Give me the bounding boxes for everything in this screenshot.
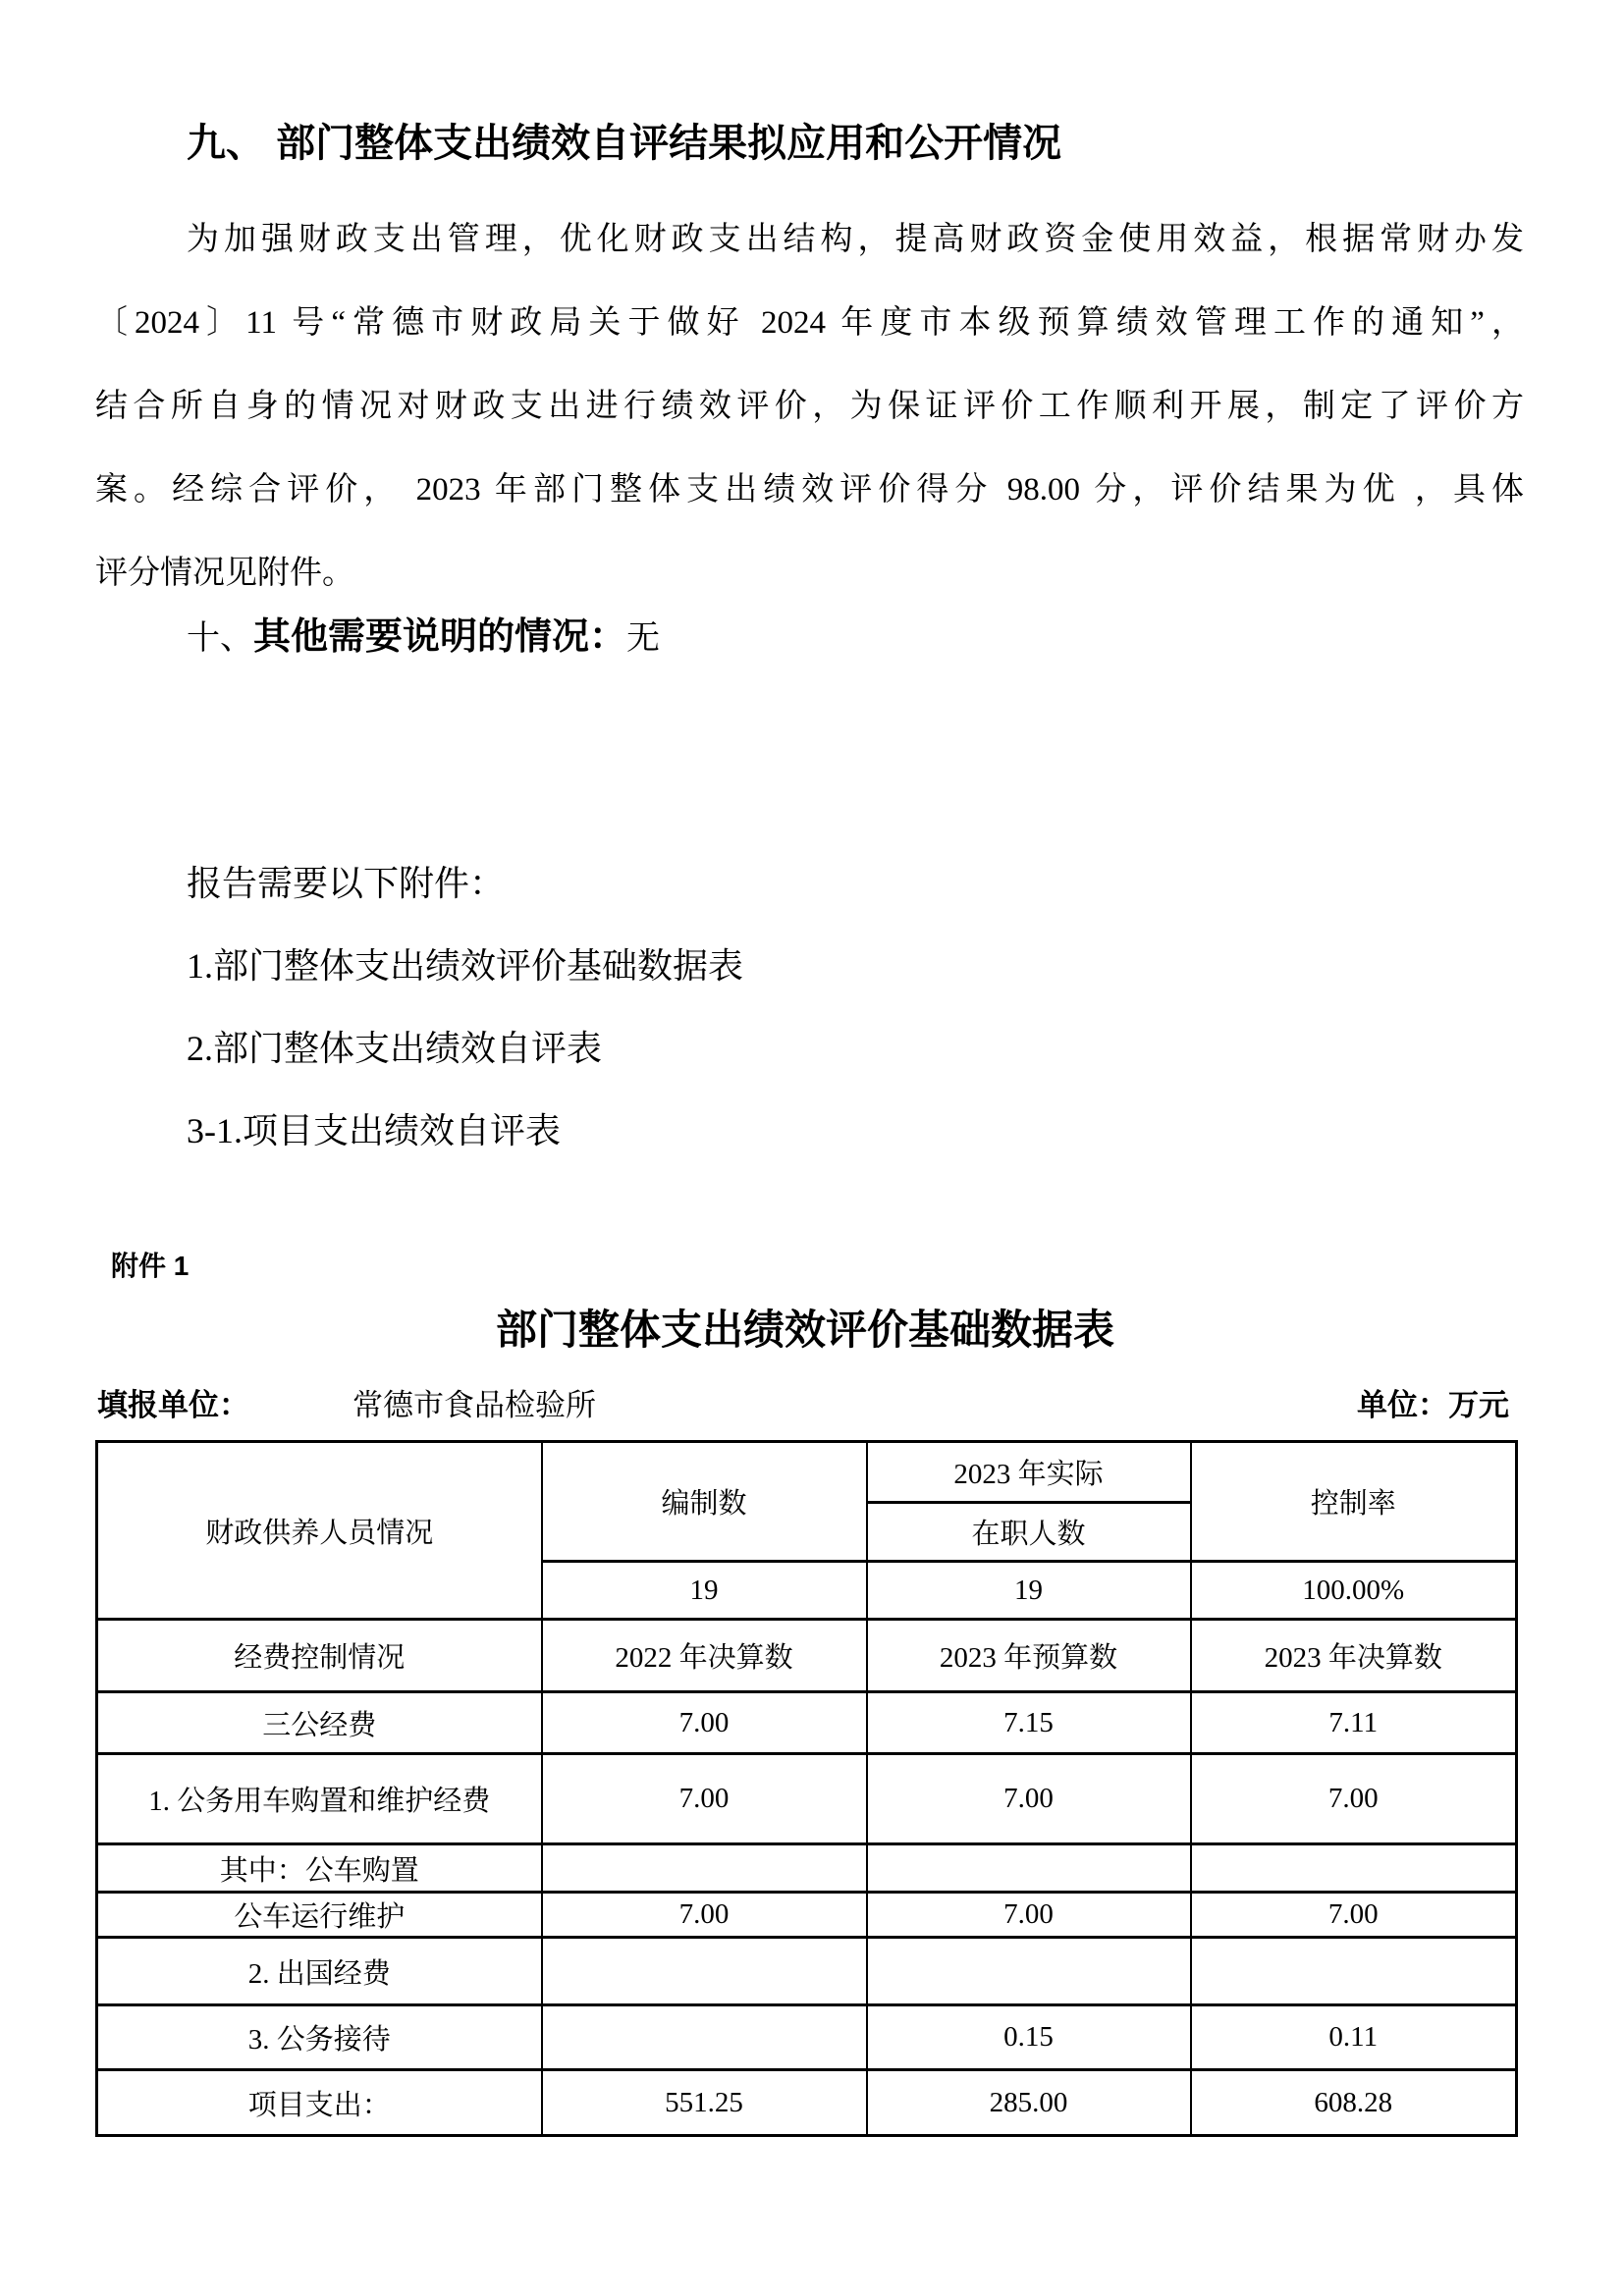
section-10-heading: 其他需要说明的情况： (253, 616, 626, 658)
value-cell: 285.00 (867, 2070, 1191, 2136)
section-10-prefix: 十、 (187, 620, 253, 657)
value-cell: 7.00 (867, 1893, 1191, 1938)
reporting-unit: 填报单位：常德市食品检验所 (97, 1382, 596, 1429)
value-cell: 7.15 (867, 1692, 1191, 1754)
personnel-value-cell: 19 (867, 1562, 1191, 1620)
attachments-intro: 报告需要以下附件： (187, 842, 743, 925)
value-cell: 608.28 (1191, 2070, 1517, 2136)
table-row: 3. 公务接待 0.15 0.11 (97, 2005, 1517, 2070)
value-cell (867, 1938, 1191, 2005)
header-2022-final: 2022 年决算数 (542, 1620, 867, 1692)
header-2023-actual: 2023 年实际 (867, 1442, 1191, 1503)
section-9-heading: 九、 部门整体支出绩效自评结果拟应用和公开情况 (187, 120, 1061, 167)
header-establishment-count: 编制数 (542, 1442, 867, 1562)
row-label: 2. 出国经费 (97, 1938, 542, 2005)
paragraph-line: 结合所自身的情况对财政支出进行绩效评价，为保证评价工作顺利开展，制定了评价方 (95, 365, 1524, 449)
personnel-value-cell: 19 (542, 1562, 867, 1620)
value-cell: 551.25 (542, 2070, 867, 2136)
value-cell (1191, 1938, 1517, 2005)
attachment-item: 3-1.项目支出绩效自评表 (187, 1090, 743, 1172)
section-9-paragraph: 为加强财政支出管理，优化财政支出结构，提高财政资金使用效益，根据常财办发 〔20… (95, 198, 1524, 615)
personnel-row-label: 财政供养人员情况 (97, 1442, 542, 1620)
section-10-value: 无 (626, 620, 660, 657)
row-label: 1. 公务用车购置和维护经费 (97, 1754, 542, 1844)
value-cell: 7.00 (542, 1692, 867, 1754)
value-cell (542, 1938, 867, 2005)
value-cell: 7.00 (1191, 1893, 1517, 1938)
attachment-item: 2.部门整体支出绩效自评表 (187, 1007, 743, 1090)
reporting-unit-label: 填报单位： (97, 1388, 249, 1422)
value-cell: 7.00 (1191, 1754, 1517, 1844)
table-row: 其中：公车购置 (97, 1844, 1517, 1893)
paragraph-line: 为加强财政支出管理，优化财政支出结构，提高财政资金使用效益，根据常财办发 (95, 198, 1524, 282)
header-2023-final: 2023 年决算数 (1191, 1620, 1517, 1692)
table-title: 部门整体支出绩效评价基础数据表 (95, 1298, 1515, 1357)
basic-data-table: 财政供养人员情况 编制数 2023 年实际 控制率 在职人数 19 19 100… (95, 1440, 1518, 2137)
section-10-line: 十、其他需要说明的情况：无 (187, 596, 660, 679)
currency-unit-label: 单位：万元 (1357, 1382, 1509, 1429)
row-label: 项目支出： (97, 2070, 542, 2136)
row-label: 公车运行维护 (97, 1893, 542, 1938)
value-cell: 0.11 (1191, 2005, 1517, 2070)
table-row: 三公经费 7.00 7.15 7.11 (97, 1692, 1517, 1754)
attachments-block: 报告需要以下附件： 1.部门整体支出绩效评价基础数据表 2.部门整体支出绩效自评… (187, 842, 743, 1172)
paragraph-line: 〔2024〕11 号“常德市财政局关于做好 2024 年度市本级预算绩效管理工作… (95, 282, 1524, 365)
value-cell: 7.00 (542, 1893, 867, 1938)
personnel-value-cell: 100.00% (1191, 1562, 1517, 1620)
table-row: 项目支出： 551.25 285.00 608.28 (97, 2070, 1517, 2136)
header-control-rate: 控制率 (1191, 1442, 1517, 1562)
value-cell (1191, 1844, 1517, 1893)
table-row: 1. 公务用车购置和维护经费 7.00 7.00 7.00 (97, 1754, 1517, 1844)
value-cell (542, 2005, 867, 2070)
table-meta-line: 填报单位：常德市食品检验所 单位：万元 (97, 1382, 1509, 1429)
appendix-label: 附件 1 (111, 1245, 189, 1284)
document-page: { "doc": { "section9_title": "九、 部门整体支出绩… (0, 0, 1624, 2296)
paragraph-line: 案。经综合评价， 2023 年部门整体支出绩效评价得分 98.00 分，评价结果… (95, 449, 1524, 532)
expense-section-label: 经费控制情况 (97, 1620, 542, 1692)
row-label: 三公经费 (97, 1692, 542, 1754)
value-cell (867, 1844, 1191, 1893)
value-cell: 7.11 (1191, 1692, 1517, 1754)
table-row: 财政供养人员情况 编制数 2023 年实际 控制率 (97, 1442, 1517, 1503)
value-cell: 0.15 (867, 2005, 1191, 2070)
row-label: 其中：公车购置 (97, 1844, 542, 1893)
value-cell (542, 1844, 867, 1893)
header-2023-budget: 2023 年预算数 (867, 1620, 1191, 1692)
value-cell: 7.00 (542, 1754, 867, 1844)
table-row: 公车运行维护 7.00 7.00 7.00 (97, 1893, 1517, 1938)
page-content: 九、 部门整体支出绩效自评结果拟应用和公开情况 为加强财政支出管理，优化财政支出… (95, 0, 1524, 2296)
header-onduty-count: 在职人数 (867, 1503, 1191, 1562)
table-row: 经费控制情况 2022 年决算数 2023 年预算数 2023 年决算数 (97, 1620, 1517, 1692)
row-label: 3. 公务接待 (97, 2005, 542, 2070)
value-cell: 7.00 (867, 1754, 1191, 1844)
reporting-unit-value: 常德市食品检验所 (352, 1388, 596, 1422)
table-row: 2. 出国经费 (97, 1938, 1517, 2005)
attachment-item: 1.部门整体支出绩效评价基础数据表 (187, 925, 743, 1007)
